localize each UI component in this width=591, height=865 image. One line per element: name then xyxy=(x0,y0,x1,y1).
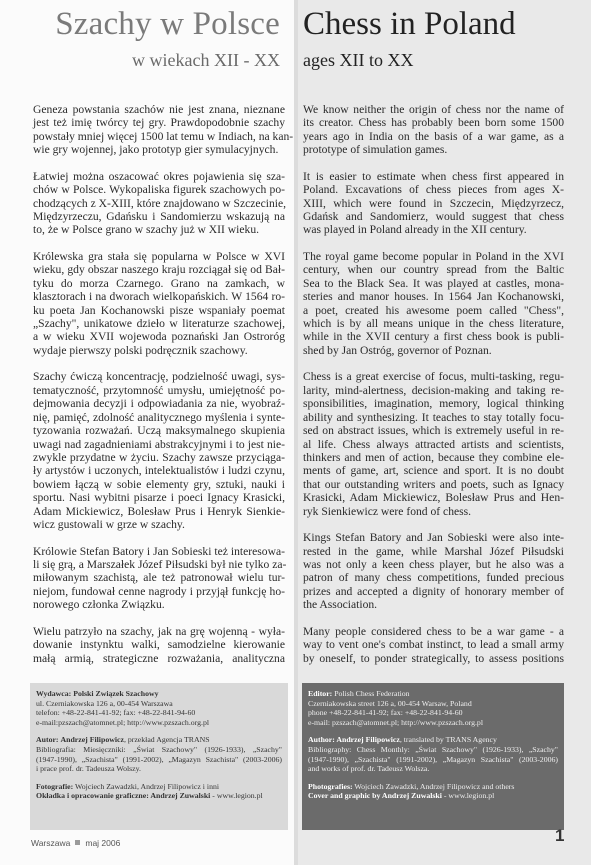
bibliography-line: (1947-1990), „Szachista" (1991-2002), „M… xyxy=(36,755,282,765)
text-line: zwykle przydatne w życiu. Szachy zawsze … xyxy=(33,451,285,464)
phone-fax-line: telefon: +48-22-841-41-92; fax: +48-22-8… xyxy=(36,708,282,718)
text-line: The royal game become popular in Poland … xyxy=(303,250,564,263)
english-body-text: We know neither the origin of chess nor … xyxy=(303,103,564,678)
text-line: Szachy ćwiczą koncentrację, podzielność … xyxy=(33,370,285,383)
footer-date: maj 2006 xyxy=(85,838,120,848)
publisher-block: Editor: Polish Chess Federation Czerniak… xyxy=(308,689,558,727)
document-page: Szachy w Polsce w wiekach XII - XX Chess… xyxy=(0,0,591,865)
text-line: bowiem łączą w sobie elementy gry, sztuk… xyxy=(33,478,285,491)
address-line: ul. Czerniakowska 126 a, 00-454 Warszawa xyxy=(36,699,282,709)
text-line: „Szachy", unikatowe dzieło w literaturze… xyxy=(33,317,285,330)
text-line: li się grą, a Marszałek Józef Piłsudski … xyxy=(33,558,285,571)
text-line: Królowie Stefan Batory i Jan Sobieski te… xyxy=(33,545,285,558)
text-line: prizes and accepted a dignity of honorar… xyxy=(303,585,564,598)
text-line: wicz gustowali w grze w szachy. xyxy=(33,518,285,531)
bibliography-line: Bibliography: Chess Monthly: „Świat Szac… xyxy=(308,745,558,755)
text-line: larity, mind-alertness, decision-making … xyxy=(303,384,564,397)
text-line: Sea to the Black Sea. It was played at c… xyxy=(303,277,564,290)
text-line: steries and manor houses. In 1564 Jan Ko… xyxy=(303,290,564,303)
text-line: Wielu patrzyło na szachy, jak na grę woj… xyxy=(33,625,285,638)
text-line: niejom, fundował cenne nagrody i przyjął… xyxy=(33,585,285,598)
text-line: XIII, which were found in Szczecin, Międ… xyxy=(303,197,564,210)
text-line: Kings Stefan Batory and Jan Sobieski wer… xyxy=(303,531,564,544)
text-line: shed by Jan Ostróg, governor of Poznan. xyxy=(303,344,564,357)
text-line: Gdańsk and Sandomierz, would suggest tha… xyxy=(303,210,564,223)
text-line: years ago in India on the basis of a war… xyxy=(303,130,564,143)
text-line: Międzyrzeczu, Gdańsku i Sandomierzu wska… xyxy=(33,210,285,223)
text-line: sed on abstract issues, which is extreme… xyxy=(303,424,564,437)
text-line: Many people considered chess to be a war… xyxy=(303,625,564,638)
paragraph: Królowie Stefan Batory i Jan Sobieski te… xyxy=(33,545,285,612)
address-line: Czerniakowska street 126 a, 00-454 Warsa… xyxy=(308,699,558,709)
colophon-polish: Wydawca: Polski Związek Szachowy ul. Cze… xyxy=(30,683,288,830)
text-line: ments of game, art, science and sport. I… xyxy=(303,464,564,477)
text-line: to, że w Polsce grano w szachy już w XII… xyxy=(33,223,285,236)
paragraph: Chess is a great exercise of focus, mult… xyxy=(303,370,564,517)
publisher-line: Editor: Polish Chess Federation xyxy=(308,689,558,699)
text-line: thinkers and men of action, because they… xyxy=(303,451,564,464)
author-line: Autor: Andrzej Filipowicz, przekład Agen… xyxy=(36,735,282,745)
paragraph: Wielu patrzyło na szachy, jak na grę woj… xyxy=(33,625,285,665)
title-english: Chess in Poland xyxy=(303,6,516,43)
text-line: ły artystów i uczonych, intelektualistów… xyxy=(33,464,285,477)
publisher-block: Wydawca: Polski Związek Szachowy ul. Cze… xyxy=(36,689,282,727)
paragraph: Królewska gra stała się popularna w Pols… xyxy=(33,250,285,357)
column-divider xyxy=(294,0,298,865)
text-line: We know neither the origin of chess nor … xyxy=(303,103,564,116)
credits-block: Photografies: Wojciech Zawadzki, Andrzej… xyxy=(308,782,558,801)
text-line: tyku do morza Czarnego. Grano na zamkach… xyxy=(33,277,285,290)
text-line: małą armią, strategiczne rozważania, ana… xyxy=(33,652,285,665)
subtitle-english: ages XII to XX xyxy=(303,50,413,71)
text-line: powstały mniej więcej 1500 lat temu w In… xyxy=(33,130,285,143)
text-line: Poland. Excavations of chess pieces from… xyxy=(303,183,564,196)
text-line: Królewska gra stała się popularna w Pols… xyxy=(33,250,285,263)
text-line: dejmowania decyzji i odpowiadania za nie… xyxy=(33,397,285,410)
bibliography-line: Bibliografia: Miesięczniki: „Świat Szach… xyxy=(36,745,282,755)
text-line: a poet, created his awesome poem called … xyxy=(303,304,564,317)
footer-place: Warszawa xyxy=(31,838,70,848)
credits-block: Fotografie: Wojciech Zawadzki, Andrzej F… xyxy=(36,782,282,801)
text-line: miłowanym szachistą, ale też patronował … xyxy=(33,571,285,584)
text-line: patron of many chess competitions, funde… xyxy=(303,571,564,584)
square-bullet-icon xyxy=(75,840,80,845)
paragraph: Łatwiej można oszacować okres pojawienia… xyxy=(33,170,285,237)
text-line: the Association. xyxy=(303,598,564,611)
text-line: which is by all means unique in the ches… xyxy=(303,317,564,330)
paragraph: Geneza powstania szachów nie jest znana,… xyxy=(33,103,285,157)
text-line: century, when our country spread from th… xyxy=(303,263,564,276)
text-line: nię, pamięć, zdolność analitycznego myśl… xyxy=(33,411,285,424)
text-line: wie gry wojennej, jako prototyp gier sym… xyxy=(33,143,285,156)
text-line: rested in the game, while Marshal Józef … xyxy=(303,545,564,558)
photos-line: Photografies: Wojciech Zawadzki, Andrzej… xyxy=(308,782,558,792)
text-line: way to vent one's combat instinct, to le… xyxy=(303,638,564,651)
text-line: ku poeta Jan Kochanowski pisze wspaniały… xyxy=(33,304,285,317)
text-line: It is easier to estimate when chess firs… xyxy=(303,170,564,183)
text-line: uwagi nad zagadnieniami abstrakcyjnymi i… xyxy=(33,438,285,451)
text-line: Geneza powstania szachów nie jest znana,… xyxy=(33,103,285,116)
cover-line: Cover and graphic by Andrzej Zuwalski - … xyxy=(308,791,558,801)
text-line: wydaje pierwszy polski podręcznik szacho… xyxy=(33,344,285,357)
cover-line: Okładka i opracowanie graficzne: Andrzej… xyxy=(36,791,282,801)
text-line: Krasicki, Adam Mickiewicz, Bolesław Prus… xyxy=(303,491,564,504)
text-line: while in the XVII century a first chess … xyxy=(303,330,564,343)
author-line: Author: Andrzej Filipowicz, translated b… xyxy=(308,735,558,745)
text-line: wieku, gdy obszar naszego kraju rozciąga… xyxy=(33,263,285,276)
text-line: by oneself, to ponder strategically, to … xyxy=(303,652,564,665)
text-line: norowego członka Związku. xyxy=(33,598,285,611)
title-polish: Szachy w Polsce xyxy=(30,6,280,43)
photos-line: Fotografie: Wojciech Zawadzki, Andrzej F… xyxy=(36,782,282,792)
text-line: Chess is a great exercise of focus, mult… xyxy=(303,370,564,383)
paragraph: Many people considered chess to be a war… xyxy=(303,625,564,665)
polish-body-text: Geneza powstania szachów nie jest znana,… xyxy=(33,103,285,678)
text-line: that our outstanding writers and poets, … xyxy=(303,478,564,491)
text-line: sponsibilities, imagination, memory, log… xyxy=(303,397,564,410)
page-number: 1 xyxy=(555,826,564,846)
subtitle-polish: w wiekach XII - XX xyxy=(30,50,280,71)
text-line: its creator. Chess has probably been bor… xyxy=(303,116,564,129)
text-line: was played in Poland already in the XII … xyxy=(303,223,564,236)
text-line: was not only a keen chess player, but he… xyxy=(303,558,564,571)
email-web-line: e-mail:pzszach@atomnet.pl; http://www.pz… xyxy=(36,718,282,728)
text-line: jest też imię twórcy tej gry. Prawdopodo… xyxy=(33,116,285,129)
text-line: Adam Mickiewicz, Bolesław Prus i Henryk … xyxy=(33,505,285,518)
text-line: chów w Polsce. Wykopaliska figurek szach… xyxy=(33,183,285,196)
footer-place-date: Warszawamaj 2006 xyxy=(31,838,120,848)
text-line: tematyczność, przytomność umysłu, umieję… xyxy=(33,384,285,397)
publisher-line: Wydawca: Polski Związek Szachowy xyxy=(36,689,282,699)
text-line: sportu. Nasi wybitni pisarze i poeci Ign… xyxy=(33,491,285,504)
bibliography-line: and works of prof. dr. Tadeusz Wolsza. xyxy=(308,764,558,774)
author-block: Autor: Andrzej Filipowicz, przekład Agen… xyxy=(36,735,282,773)
bibliography-line: (1947-1990), „Szachista" (1991-2002), „M… xyxy=(308,755,558,765)
text-line: tyzowania rozważań. Uczą maksymalnego sk… xyxy=(33,424,285,437)
text-line: Łatwiej można oszacować okres pojawienia… xyxy=(33,170,285,183)
author-block: Author: Andrzej Filipowicz, translated b… xyxy=(308,735,558,773)
paragraph: It is easier to estimate when chess firs… xyxy=(303,170,564,237)
bibliography-line: i prace prof. dr. Tadeusza Wolszy. xyxy=(36,764,282,774)
text-line: al life. Chess always attracted artists … xyxy=(303,438,564,451)
text-line: chodzących z X-XIII, które znajdowano w … xyxy=(33,197,285,210)
phone-fax-line: phone +48-22-841-41-92; fax: +48-22-841-… xyxy=(308,708,558,718)
paragraph: The royal game become popular in Poland … xyxy=(303,250,564,357)
text-line: klasztorach i na dworach wielkopańskich.… xyxy=(33,290,285,303)
text-line: prototype of simulation games. xyxy=(303,143,564,156)
text-line: a w wieku XVII wojewoda poznański Jan Os… xyxy=(33,330,285,343)
email-web-line: e-mail: pzszach@atomnet.pl; http://www.p… xyxy=(308,718,558,728)
paragraph: We know neither the origin of chess nor … xyxy=(303,103,564,157)
colophon-english: Editor: Polish Chess Federation Czerniak… xyxy=(302,683,564,830)
paragraph: Szachy ćwiczą koncentrację, podzielność … xyxy=(33,370,285,531)
text-line: ryk Sienkiewicz were fond of chess. xyxy=(303,505,564,518)
text-line: ability and synthesizing. It teaches to … xyxy=(303,411,564,424)
text-line: dowanie instynktu walki, samodzielne kie… xyxy=(33,638,285,651)
paragraph: Kings Stefan Batory and Jan Sobieski wer… xyxy=(303,531,564,611)
